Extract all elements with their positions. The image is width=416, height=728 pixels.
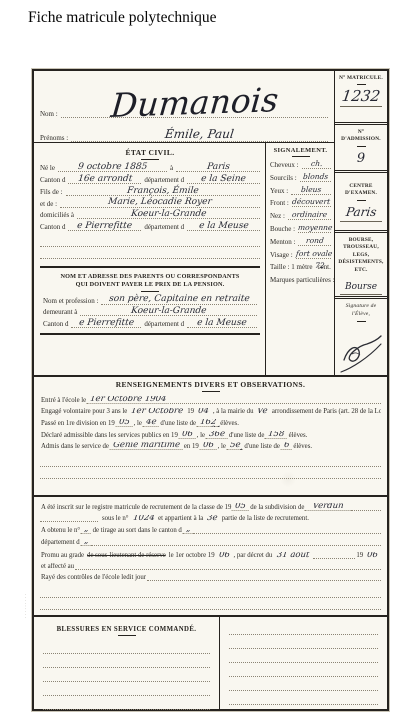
dept1-label: département d <box>141 176 187 184</box>
matricule-label: N° MATRICULE. <box>338 75 384 82</box>
centre-examen-label: CENTRE D'EXAMEN. <box>338 183 384 198</box>
notes-cell <box>220 617 387 709</box>
admis-row: Admis dans le service de Génie maritime … <box>40 442 381 450</box>
numero-text-2: et appartient à la <box>157 515 204 522</box>
divider <box>357 146 366 147</box>
nom-label: Nom : <box>40 110 61 118</box>
name-header: Nom : Dumanois Prénoms : Émile, Paul <box>34 71 334 143</box>
divider <box>292 156 310 157</box>
form-left-area: Nom : Dumanois Prénoms : Émile, Paul ÉTA… <box>34 71 334 375</box>
admissible-text-4: élèves. <box>288 432 309 439</box>
divider <box>357 321 366 322</box>
promu-decret-year: 06 <box>364 552 381 560</box>
promu-grade-correction: d'Ingénieur de 3e classe <box>88 552 200 553</box>
admis-text-5: élèves. <box>292 443 313 450</box>
signalement-column: SIGNALEMENT. Cheveux : ch. Sourcils : bl… <box>265 143 334 375</box>
tirage-ditto-1: „ <box>81 526 92 534</box>
fils-de-value: François, Émile <box>127 188 199 195</box>
blank-rule <box>40 467 381 479</box>
dept1-field: e la Seine <box>187 176 260 184</box>
divider <box>202 391 220 392</box>
ne-le-row: Né le 9 octobre 1885 à Paris <box>40 164 260 172</box>
matricule-value: 1232 <box>341 87 382 105</box>
a-field: Paris <box>176 164 260 172</box>
passe-text-2: , le <box>133 420 143 427</box>
tirage-ditto-2: „ <box>182 526 193 534</box>
printer-imprint: ········· <box>23 593 28 619</box>
blank-fill <box>91 545 381 546</box>
centre-examen-value: Paris <box>345 205 377 219</box>
parents-canton-value: e Pierrefitte <box>79 320 135 327</box>
parents-demeurant-label: demeurant à <box>43 308 80 316</box>
blank-rule <box>40 586 381 598</box>
promu-grade-struck: de sous-lieutenant de réserve <box>85 552 168 559</box>
etat-civil-column: ÉTAT CIVIL. Né le 9 octobre 1885 à Paris… <box>34 143 265 375</box>
fils-de-field: François, Émile <box>66 188 260 196</box>
parents-nom-value: son père, Capitaine en retraite <box>109 296 250 303</box>
blank-rule <box>40 235 260 247</box>
admis-rank-stack: 5e4 <box>227 442 243 450</box>
nom-value: Dumanois <box>110 86 280 120</box>
sourcils-value: blonds <box>302 174 328 180</box>
etat-civil-title: ÉTAT CIVIL. <box>40 148 260 157</box>
passe-year: 05 <box>115 419 133 427</box>
matricule-field: 1232 <box>340 87 382 107</box>
dept2-value: e la Meuse <box>198 223 248 230</box>
blessures-title: BLESSURES EN SERVICE COMMANDÉ. <box>43 626 210 633</box>
page-title: Fiche matricule polytechnique <box>28 9 217 27</box>
admis-year: 06 <box>199 442 217 450</box>
signalement-row-nez: Nez : ordinaire <box>270 212 331 220</box>
eleve-signature-mark <box>338 326 384 375</box>
passe-row: Passé en 1re division en 19 05 , le 4e d… <box>40 419 381 427</box>
bouche-value: moyenne <box>298 225 333 231</box>
renseignements-title: RENSEIGNEMENTS DIVERS ET OBSERVATIONS. <box>40 380 381 389</box>
menton-value: rond <box>306 238 324 244</box>
admission-value: 9 <box>357 151 365 166</box>
centre-examen-field: Paris <box>340 203 382 222</box>
entre-value: 1er Octobre 1904 <box>87 396 170 404</box>
admissible-text-1: Déclaré admissible dans les services pub… <box>40 432 179 439</box>
matricule-form: Nom : Dumanois Prénoms : Émile, Paul ÉTA… <box>32 69 389 711</box>
centre-examen-block: CENTRE D'EXAMEN. Paris <box>335 173 387 233</box>
parents-canton-row: Canton d e Pierrefitte département d e l… <box>43 320 257 328</box>
prenoms-label: Prénoms : <box>40 134 71 142</box>
blank-rule <box>229 635 378 649</box>
parents-canton-label: Canton d <box>43 320 71 328</box>
canton1-value: 16e arrondt <box>77 176 132 183</box>
domicile-label: domiciliés à <box>40 211 77 219</box>
parents-nom-label: Nom et profession : <box>43 297 101 305</box>
tirage-row: A obtenu le n° „ de tirage au sort dans … <box>40 526 381 534</box>
blank-fill <box>170 403 381 404</box>
admission-field: 9 <box>340 149 382 167</box>
domicile-row: domiciliés à Koeur-la-Grande <box>40 211 260 219</box>
admis-text-2: en 19 <box>183 443 200 450</box>
numero-text-3: partie de la liste de recrutement. <box>221 515 310 522</box>
admissible-liste-n: 158 <box>265 431 288 439</box>
signalement-row-bouche: Bouche : moyenne <box>270 225 331 233</box>
blessures-cell: BLESSURES EN SERVICE COMMANDÉ. <box>34 617 220 709</box>
et-de-field: Marie, Léocadie Royer <box>60 199 260 207</box>
blessures-section: BLESSURES EN SERVICE COMMANDÉ. <box>34 615 387 709</box>
parents-demeurant-field: Koeur-la-Grande <box>80 308 257 316</box>
signalement-row-sourcils: Sourcils : blonds <box>270 174 331 182</box>
blank-rule <box>40 247 260 259</box>
engage-text-3: , à la mairie du <box>212 408 255 415</box>
numero-row: sous le n° 1024 et appartient à la 3e pa… <box>40 515 381 523</box>
dept1-value: e la Seine <box>201 176 247 183</box>
domicile-field: Koeur-la-Grande <box>77 211 260 219</box>
taille-row: Taille : 1 mètre 72 cent. <box>270 263 331 271</box>
promu-year: 06 <box>215 552 233 560</box>
admissible-row: Déclaré admissible dans les services pub… <box>40 431 381 439</box>
recrutement-section: A été inscrit sur le registre matricule … <box>34 495 387 615</box>
prenoms-value: Émile, Paul <box>165 129 235 139</box>
admissible-text-2: , le <box>196 432 206 439</box>
yeux-value: bleus <box>301 187 322 193</box>
divider <box>357 200 366 201</box>
passe-text-4: élèves. <box>219 420 240 427</box>
canton2-row: Canton d e Pierrefitte département d e l… <box>40 223 260 231</box>
matricule-block: N° MATRICULE. 1232 <box>335 71 387 125</box>
blank-rule <box>43 682 210 696</box>
bouche-field: moyenne <box>298 225 331 233</box>
blank-rule <box>229 621 378 635</box>
inscrit-subdivision: Verdun <box>305 503 352 511</box>
blank-rule <box>229 663 378 677</box>
admis-text-4: d'une liste de <box>243 443 281 450</box>
cheveux-field: ch. <box>302 161 331 169</box>
promu-text-2: le 1er octobre 19 <box>168 552 216 559</box>
engage-date: 1er Octobre <box>128 408 187 416</box>
yeux-field: bleus <box>291 187 331 195</box>
inscrit-text-2: de la subdivision de <box>249 504 305 511</box>
blank-fill <box>313 558 355 559</box>
parents-dept-value: e la Meuse <box>197 320 247 327</box>
prenoms-field: Émile, Paul <box>71 127 328 142</box>
signalement-title: SIGNALEMENT. <box>270 147 331 154</box>
front-label: Front : <box>270 199 292 207</box>
blank-fill <box>147 580 381 581</box>
canton2-field: e Pierrefitte <box>68 223 141 231</box>
parents-box: NOM ET ADRESSE DES PARENTS OU CORRESPOND… <box>40 266 260 335</box>
canton2-label: Canton d <box>40 223 68 231</box>
blank-rule <box>229 649 378 663</box>
passe-liste-stack: 16221 <box>197 419 219 427</box>
admis-text-1: Admis dans le service de <box>40 443 110 450</box>
blank-rule <box>229 677 378 691</box>
form-upper-area: Nom : Dumanois Prénoms : Émile, Paul ÉTA… <box>34 71 387 375</box>
promu-text-3: , par décret du <box>232 552 273 559</box>
ne-le-value: 9 octobre 1885 <box>77 164 147 171</box>
passe-text-1: Passé en 1re division en 19 <box>40 420 116 427</box>
domicile-value: Koeur-la-Grande <box>130 211 206 218</box>
ne-le-label: Né le <box>40 164 58 172</box>
marques-row: Marques particulières : <box>270 276 331 284</box>
canton1-label: Canton d <box>40 176 68 184</box>
dept2-label: département d <box>141 223 187 231</box>
signature-label: Signature de l'Élève, <box>338 303 384 319</box>
parents-title-line2: QUI DOIVENT PAYER LE PRIX DE LA PENSION. <box>43 281 257 289</box>
fils-de-label: Fils de : <box>40 188 66 196</box>
promu-text-1: Promu au grade <box>40 552 85 559</box>
departement-row: département d „ <box>40 538 381 546</box>
parents-canton-field: e Pierrefitte <box>71 320 141 328</box>
bourse-value-1: Bourse <box>345 282 377 292</box>
nez-field: ordinaire <box>288 212 331 220</box>
admission-label: N° D'ADMISSION. <box>338 129 384 144</box>
prenoms-row: Prénoms : Émile, Paul <box>40 121 328 142</box>
cheveux-value: ch. <box>310 161 322 167</box>
fils-de-row: Fils de : François, Émile <box>40 188 260 196</box>
affecte-label: et affecté au <box>40 563 75 570</box>
blank-rule <box>43 668 210 682</box>
civil-signalement-columns: ÉTAT CIVIL. Né le 9 octobre 1885 à Paris… <box>34 143 334 375</box>
front-value: découvert <box>292 199 331 205</box>
sourcils-field: blonds <box>300 174 331 182</box>
promu-decret-date: 31 août <box>273 552 314 560</box>
blank-fill <box>193 533 381 534</box>
divider <box>118 635 136 636</box>
signature-block: Signature de l'Élève, <box>335 299 387 375</box>
blank-rule <box>43 640 210 654</box>
parents-dept-label: département d <box>141 320 187 328</box>
menton-label: Menton : <box>270 238 298 246</box>
engage-year: 04 <box>195 408 213 416</box>
engage-arrondissement: Ve <box>254 408 271 416</box>
blank-fill <box>351 510 381 511</box>
admissible-rank: 36e <box>206 431 229 439</box>
visage-label: Visage : <box>270 251 296 259</box>
bourse-block: BOURSE, TROUSSEAU, LEGS, DÉSISTEMENTS, E… <box>335 233 387 299</box>
admission-block: N° D'ADMISSION. 9 <box>335 125 387 173</box>
renseignements-section: RENSEIGNEMENTS DIVERS ET OBSERVATIONS. E… <box>34 375 387 495</box>
blank-rule <box>43 696 210 710</box>
visage-value: fort ovale <box>295 251 332 257</box>
blank-rule <box>229 691 378 705</box>
bourse-label: BOURSE, TROUSSEAU, LEGS, DÉSISTEMENTS, E… <box>338 237 384 274</box>
signalement-row-cheveux: Cheveux : ch. <box>270 161 331 169</box>
entre-label: Entré à l'école le <box>40 397 87 404</box>
signalement-row-menton: Menton : rond <box>270 238 331 246</box>
ne-le-field: 9 octobre 1885 <box>58 164 167 172</box>
engage-row: Engagé volontaire pour 3 ans le 1er Octo… <box>40 408 381 416</box>
engage-text-4: arrondissement de Paris (art. 28 de la L… <box>271 408 381 415</box>
cheveux-label: Cheveux : <box>270 161 302 169</box>
entre-row: Entré à l'école le 1er Octobre 1904 <box>40 396 381 404</box>
promu-row: Promu au grade de sous-lieutenant de rés… <box>40 552 381 560</box>
parents-nom-row: Nom et profession : son père, Capitaine … <box>43 296 257 304</box>
numero-value: 1024 <box>129 515 157 523</box>
divider <box>357 84 366 85</box>
a-value: Paris <box>206 164 230 171</box>
marques-label: Marques particulières : <box>270 276 338 284</box>
blank-rule <box>40 598 381 610</box>
departement-label: département d <box>40 539 81 546</box>
nom-field: Dumanois <box>61 89 328 118</box>
parents-dept-field: e la Meuse <box>187 320 257 328</box>
passe-text-3: d'une liste de <box>159 420 197 427</box>
admis-text-3: , le <box>217 443 227 450</box>
nom-row: Nom : Dumanois <box>40 75 328 118</box>
raye-row: Rayé des contrôles de l'école ledit jour <box>40 574 381 581</box>
canton2-value: e Pierrefitte <box>77 223 133 230</box>
taille-value: 72 <box>315 263 325 269</box>
tirage-text-1: A obtenu le n° <box>40 527 81 534</box>
engage-text-1: Engagé volontaire pour 3 ans le <box>40 408 128 415</box>
numero-text-1: sous le n° <box>101 515 130 522</box>
blank-fill <box>75 569 381 570</box>
numero-partie: 3e <box>204 515 221 523</box>
blank-fill <box>40 521 98 522</box>
inscrit-text-1: A été inscrit sur le registre matricule … <box>40 504 232 511</box>
departement-ditto: „ <box>80 538 91 546</box>
admissible-text-3: d'une liste de <box>228 432 266 439</box>
divider <box>141 291 159 292</box>
nez-label: Nez : <box>270 212 288 220</box>
parents-demeurant-row: demeurant à Koeur-la-Grande <box>43 308 257 316</box>
blank-rule <box>43 654 210 668</box>
menton-field: rond <box>298 238 331 246</box>
canton1-row: Canton d 16e arrondt département d e la … <box>40 176 260 184</box>
visage-field: fort ovale <box>296 251 331 259</box>
signalement-row-front: Front : découvert <box>270 199 331 207</box>
taille-label: Taille : 1 mètre <box>270 263 315 271</box>
sourcils-label: Sourcils : <box>270 174 300 182</box>
admissible-year: 06 <box>178 431 196 439</box>
dept2-field: e la Meuse <box>187 223 260 231</box>
et-de-value: Marie, Léocadie Royer <box>108 199 212 206</box>
raye-label: Rayé des contrôles de l'école ledit jour <box>40 574 147 581</box>
parents-demeurant-value: Koeur-la-Grande <box>131 308 207 315</box>
parents-nom-field: son père, Capitaine en retraite <box>101 296 257 304</box>
inscrit-row: A été inscrit sur le registre matricule … <box>40 503 381 511</box>
canton1-field: 16e arrondt <box>68 176 141 184</box>
front-field: découvert <box>292 199 331 207</box>
et-de-label: et de : <box>40 200 60 208</box>
divider <box>141 159 159 160</box>
passe-rank: 4e <box>143 419 160 427</box>
signalement-row-yeux: Yeux : bleus <box>270 187 331 195</box>
blank-rule <box>40 455 381 467</box>
et-de-row: et de : Marie, Léocadie Royer <box>40 199 260 207</box>
admis-liste-n: 6 <box>281 442 293 450</box>
affecte-row: et affecté au <box>40 563 381 570</box>
a-label: à <box>167 164 176 172</box>
yeux-label: Yeux : <box>270 187 291 195</box>
nez-value: ordinaire <box>292 212 328 218</box>
bourse-field-1: Bourse <box>340 276 382 295</box>
admis-service: Génie maritime <box>110 442 184 450</box>
parents-title-line1: NOM ET ADRESSE DES PARENTS OU CORRESPOND… <box>43 273 257 281</box>
inscrit-year: 05 <box>232 503 250 511</box>
signalement-row-visage: Visage : fort ovale <box>270 251 331 259</box>
bouche-label: Bouche : <box>270 225 298 233</box>
promu-grade-stack: de sous-lieutenant de réserved'Ingénieur… <box>85 552 168 559</box>
tirage-text-2: de tirage au sort dans le canton d <box>92 527 183 534</box>
side-strip: N° MATRICULE. 1232 N° D'ADMISSION. 9 CEN… <box>334 71 387 375</box>
